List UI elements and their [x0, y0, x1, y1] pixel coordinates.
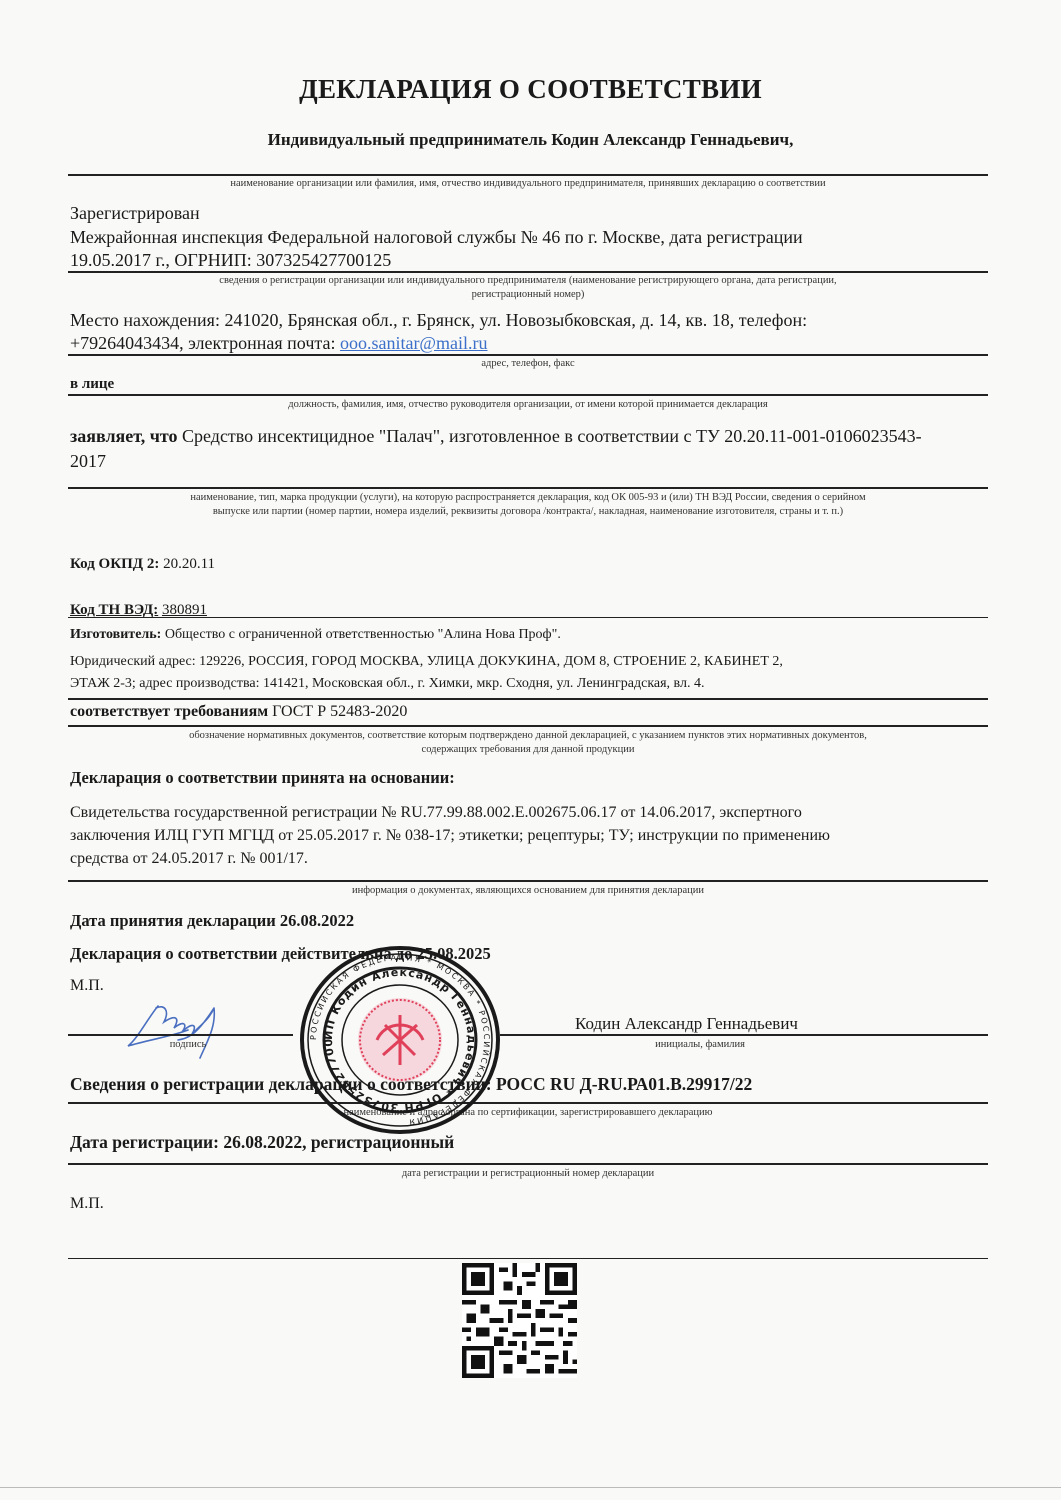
signature-icon [118, 978, 268, 1068]
declares-label: заявляет, что [70, 426, 178, 446]
official-stamp-icon: РОССИЙСКАЯ ФЕДЕРАЦИЯ * МОСКВА * РОССИЙСК… [295, 945, 505, 1135]
divider [68, 487, 988, 489]
phone-and-email-label: +79264043434, электронная почта: [70, 333, 340, 353]
divider [68, 1163, 988, 1165]
complies-standard: ГОСТ Р 52483-2020 [268, 703, 407, 720]
declares-line-2: 2017 [70, 450, 106, 472]
registration-date-caption: дата регистрации и регистрационный номер… [68, 1167, 988, 1181]
signature-caption: подпись [68, 1038, 308, 1052]
divider [68, 880, 988, 882]
registration-caption-2: регистрационный номер) [68, 288, 988, 302]
address-line-1: Место нахождения: 241020, Брянская обл.,… [70, 309, 807, 331]
complies-line: соответствует требованиям ГОСТ Р 52483-2… [70, 701, 407, 723]
tnved-value: 380891 [162, 602, 207, 618]
document-title: ДЕКЛАРАЦИЯ О СООТВЕТСТВИИ [0, 74, 1061, 105]
tnved-label: Код ТН ВЭД: [70, 602, 158, 618]
registration-caption-1: сведения о регистрации организации или и… [68, 274, 988, 288]
registration-label: Зарегистрирован [70, 202, 200, 224]
okpd2-code: Код ОКПД 2: 20.20.11 [70, 553, 215, 575]
registration-info-caption: наименование и адрес органа по сертифика… [68, 1106, 988, 1120]
complies-caption-2: содержащих требования для данной продукц… [68, 743, 988, 757]
basis-line-2: заключения ИЛЦ ГУП МГЦД от 25.05.2017 г.… [70, 825, 830, 847]
divider [68, 617, 988, 618]
divider [68, 1258, 988, 1259]
complies-label: соответствует требованиям [70, 703, 268, 720]
divider [68, 271, 988, 273]
divider [68, 354, 988, 356]
product-description: Средство инсектицидное "Палач", изготовл… [178, 426, 922, 446]
signature-line [68, 1034, 293, 1036]
divider [68, 1102, 988, 1104]
scan-edge [0, 1487, 1061, 1488]
signer-line [500, 1034, 988, 1036]
declares-line-1: заявляет, что Средство инсектицидное "Па… [70, 425, 922, 447]
manufacturer-line: Изготовитель: Общество с ограниченной от… [70, 624, 561, 646]
manufacturer-label: Изготовитель: [70, 627, 161, 642]
declares-caption-2: выпуске или партии (номер партии, номера… [68, 505, 988, 519]
signer-name: Кодин Александр Геннадьевич [575, 1013, 798, 1035]
address-caption: адрес, телефон, факс [68, 357, 988, 371]
email-link[interactable]: ooo.sanitar@mail.ru [340, 333, 488, 353]
manufacturer-address-1: Юридический адрес: 129226, РОССИЯ, ГОРОД… [70, 651, 783, 673]
seal-placeholder-1: М.П. [70, 975, 104, 997]
registration-line-2: 19.05.2017 г., ОГРНИП: 307325427700125 [70, 249, 391, 271]
basis-heading: Декларация о соответствии принята на осн… [70, 767, 455, 789]
complies-caption-1: обозначение нормативных документов, соот… [68, 729, 988, 743]
okpd2-value: 20.20.11 [159, 556, 215, 572]
signer-caption: инициалы, фамилия [600, 1038, 800, 1052]
seal-placeholder-2: М.П. [70, 1193, 104, 1215]
applicant-caption: наименование организации или фамилия, им… [68, 177, 988, 191]
basis-line-1: Свидетельства государственной регистраци… [70, 802, 802, 824]
basis-caption: информация о документах, являющихся осно… [68, 884, 988, 898]
divider [68, 394, 988, 396]
manufacturer-name: Общество с ограниченной ответственностью… [161, 627, 561, 642]
declares-caption-1: наименование, тип, марка продукции (услу… [68, 491, 988, 505]
registration-line-1: Межрайонная инспекция Федеральной налого… [70, 226, 803, 248]
declaration-page: ДЕКЛАРАЦИЯ О СООТВЕТСТВИИ Индивидуальный… [0, 0, 1061, 1500]
qr-code-icon [462, 1263, 577, 1378]
divider [68, 698, 988, 700]
acceptance-date: Дата принятия декларации 26.08.2022 [70, 910, 354, 932]
divider [68, 725, 988, 727]
applicant-name: Индивидуальный предприниматель Кодин Але… [0, 130, 1061, 150]
represented-by-label: в лице [70, 373, 114, 395]
basis-line-3: средства от 24.05.2017 г. № 001/17. [70, 848, 308, 870]
manufacturer-address-2: ЭТАЖ 2-3; адрес производства: 141421, Мо… [70, 673, 704, 695]
address-line-2: +79264043434, электронная почта: ooo.san… [70, 332, 488, 354]
represented-by-caption: должность, фамилия, имя, отчество руково… [68, 398, 988, 412]
okpd2-label: Код ОКПД 2: [70, 556, 159, 572]
divider [68, 174, 988, 176]
